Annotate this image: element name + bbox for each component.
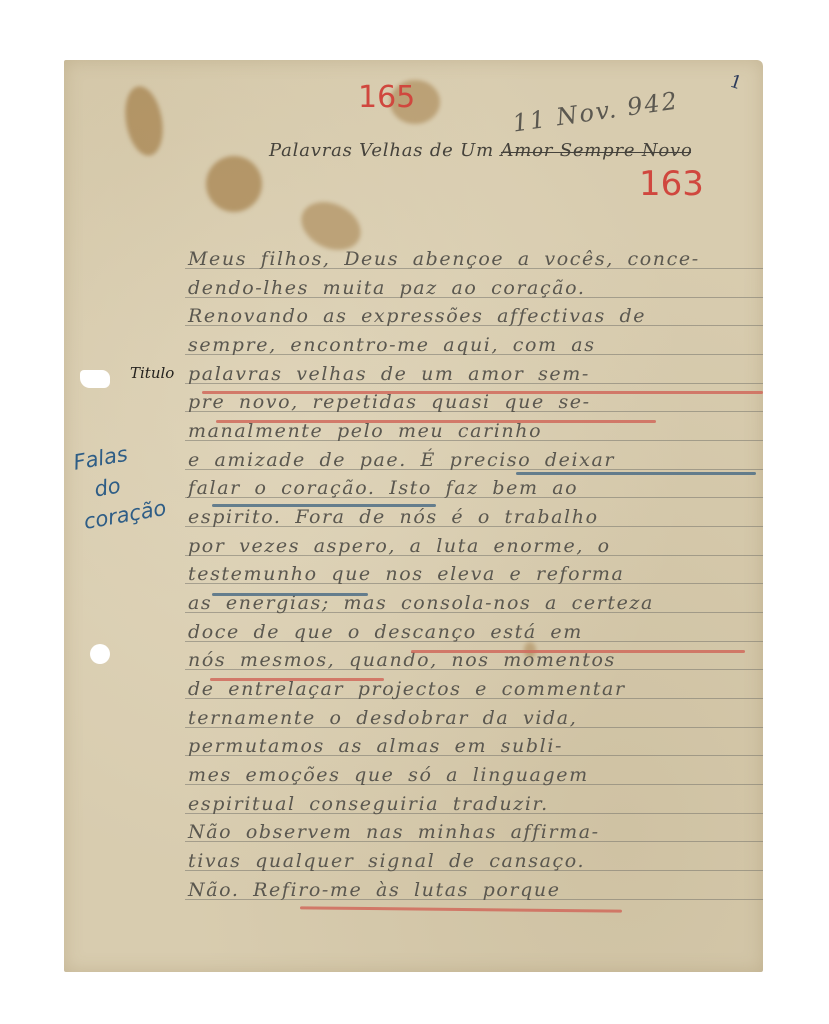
punch-hole-lower — [90, 644, 110, 664]
text-line: testemunho que nos eleva e reforma — [188, 563, 758, 585]
text-line: por vezes aspero, a luta enorme, o — [188, 535, 758, 557]
red-underline — [300, 906, 622, 912]
blue-underline — [212, 593, 368, 596]
page-number-top: 165 — [358, 80, 415, 115]
margin-note-titulo: Titulo — [130, 364, 174, 382]
text-line: espirito. Fora de nós é o trabalho — [188, 506, 758, 528]
text-line: manalmente pelo meu carinho — [188, 420, 758, 442]
text-line: doce de que o descanço está em — [188, 621, 758, 643]
text-line: tivas qualquer signal de cansaço. — [188, 850, 758, 872]
red-underline — [411, 650, 745, 653]
text-line: e amizade de pae. É preciso deixar — [188, 449, 758, 471]
text-line: Não observem nas minhas affirma- — [188, 821, 758, 843]
stain-top-left — [120, 83, 168, 158]
corner-mark: 1 — [727, 71, 744, 95]
page-number-red: 163 — [639, 164, 704, 204]
blue-underline — [516, 472, 756, 475]
torn-hole-upper — [80, 370, 110, 388]
text-line: palavras velhas de um amor sem- — [188, 363, 758, 385]
blue-underline — [212, 504, 436, 507]
text-line: Meus filhos, Deus abençoe a vocês, conce… — [188, 248, 758, 270]
text-line: Renovando as expressões affectivas de — [188, 305, 758, 327]
red-underline — [210, 678, 384, 681]
manuscript-page: 165 11 Nov. 942 1 Palavras Velhas de Um … — [64, 60, 763, 972]
text-line: mes emoções que só a linguagem — [188, 764, 758, 786]
text-line: de entrelaçar projectos e commentar — [188, 678, 758, 700]
text-line: permutamos as almas em subli- — [188, 735, 758, 757]
text-line: pre novo, repetidas quasi que se- — [188, 391, 758, 413]
text-line: espiritual conseguiria traduzir. — [188, 793, 758, 815]
stain-middle-left — [206, 156, 262, 212]
text-line: ternamente o desdobrar da vida, — [188, 707, 758, 729]
title-underline — [501, 152, 691, 153]
text-line: falar o coração. Isto faz bem ao — [188, 477, 758, 499]
red-underline — [202, 391, 763, 394]
text-line: sempre, encontro-me aqui, com as — [188, 334, 758, 356]
text-line: Não. Refiro-me às lutas porque — [188, 879, 758, 901]
text-line: dendo-lhes muita paz ao coração. — [188, 277, 758, 299]
margin-note-blue: Falas do coração — [71, 429, 195, 537]
date: 11 Nov. 942 — [511, 86, 681, 137]
page-title: Palavras Velhas de Um Amor Sempre Novo — [269, 140, 693, 161]
red-underline — [216, 420, 656, 423]
